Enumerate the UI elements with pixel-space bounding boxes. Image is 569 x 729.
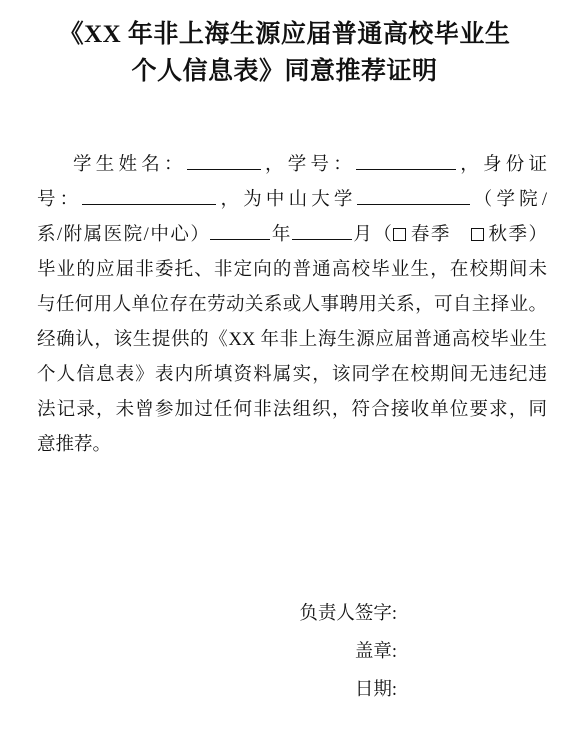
text-run: 意推荐。 (37, 435, 111, 455)
text-run: 月（ (352, 225, 394, 245)
document-title: 《XX 年非上海生源应届普通高校毕业生 个人信息表》同意推荐证明 (0, 0, 569, 90)
body-line: 学生姓名：，学号：，身份证 (37, 148, 547, 183)
body-line: 经确认，该生提供的《XX 年非上海生源应届普通高校毕业生 (37, 323, 547, 358)
text-run: 个人信息表》表内所填资料属实，该同学在校期间无违纪违 (37, 365, 547, 385)
checkbox-option-spring[interactable]: 春季 (393, 225, 451, 245)
text-run: 经确认，该生提供的《XX 年非上海生源应届普通高校毕业生 (37, 330, 547, 350)
body-line: 个人信息表》表内所填资料属实，该同学在校期间无违纪违 (37, 358, 547, 393)
body-line: 系/附属医院/中心）年月（春季 秋季） (37, 218, 547, 253)
text-run: （学院/ (470, 190, 547, 210)
graduation-month-field[interactable] (292, 221, 352, 241)
document-title-line2: 个人信息表》同意推荐证明 (0, 53, 569, 90)
text-run: 系/附属医院/中心） (37, 225, 210, 245)
body-line: 法记录，未曾参加过任何非法组织，符合接收单位要求，同 (37, 393, 547, 428)
checkbox-option-autumn[interactable]: 秋季 (471, 225, 529, 245)
text-run: 年 (270, 225, 292, 245)
signature-block: 负责人签字:盖章:日期: (0, 595, 569, 709)
text-run: ，身份证 (456, 155, 547, 175)
body-line: 毕业的应届非委托、非定向的普通高校毕业生，在校期间未 (37, 253, 547, 288)
document-body: 学生姓名：，学号：，身份证号：，为中山大学（学院/系/附属医院/中心）年月（春季… (37, 148, 547, 463)
stamp-label: 盖章: (0, 633, 397, 671)
body-line: 意推荐。 (37, 428, 547, 463)
text-run: 与任何用人单位存在劳动关系或人事聘用关系，可自主择业。 (37, 295, 547, 315)
id-number-field[interactable] (82, 186, 216, 206)
text-run: 学生姓名： (73, 155, 187, 175)
checkbox-icon[interactable] (471, 228, 484, 241)
checkbox-icon[interactable] (393, 228, 406, 241)
checkbox-label: 春季 (409, 225, 451, 245)
text-run: 毕业的应届非委托、非定向的普通高校毕业生，在校期间未 (37, 260, 547, 280)
date-label: 日期: (0, 671, 397, 709)
text-run: 法记录，未曾参加过任何非法组织，符合接收单位要求，同 (37, 400, 547, 420)
department-field[interactable] (357, 186, 470, 206)
text-run: ，学号： (261, 155, 356, 175)
document-title-line1: 《XX 年非上海生源应届普通高校毕业生 (0, 16, 569, 53)
text-run: ） (528, 225, 547, 245)
document-page: 《XX 年非上海生源应届普通高校毕业生 个人信息表》同意推荐证明 学生姓名：，学… (0, 0, 569, 729)
graduation-year-field[interactable] (210, 221, 270, 241)
body-line: 与任何用人单位存在劳动关系或人事聘用关系，可自主择业。 (37, 288, 547, 323)
body-line: 号：，为中山大学（学院/ (37, 183, 547, 218)
student-id-field[interactable] (356, 151, 456, 171)
checkbox-label: 秋季 (487, 225, 529, 245)
text-run: ，为中山大学 (216, 190, 356, 210)
text-run (451, 225, 471, 245)
text-run: 号： (37, 190, 82, 210)
responsible-person-signature-label: 负责人签字: (0, 595, 397, 633)
student-name-field[interactable] (187, 151, 261, 171)
